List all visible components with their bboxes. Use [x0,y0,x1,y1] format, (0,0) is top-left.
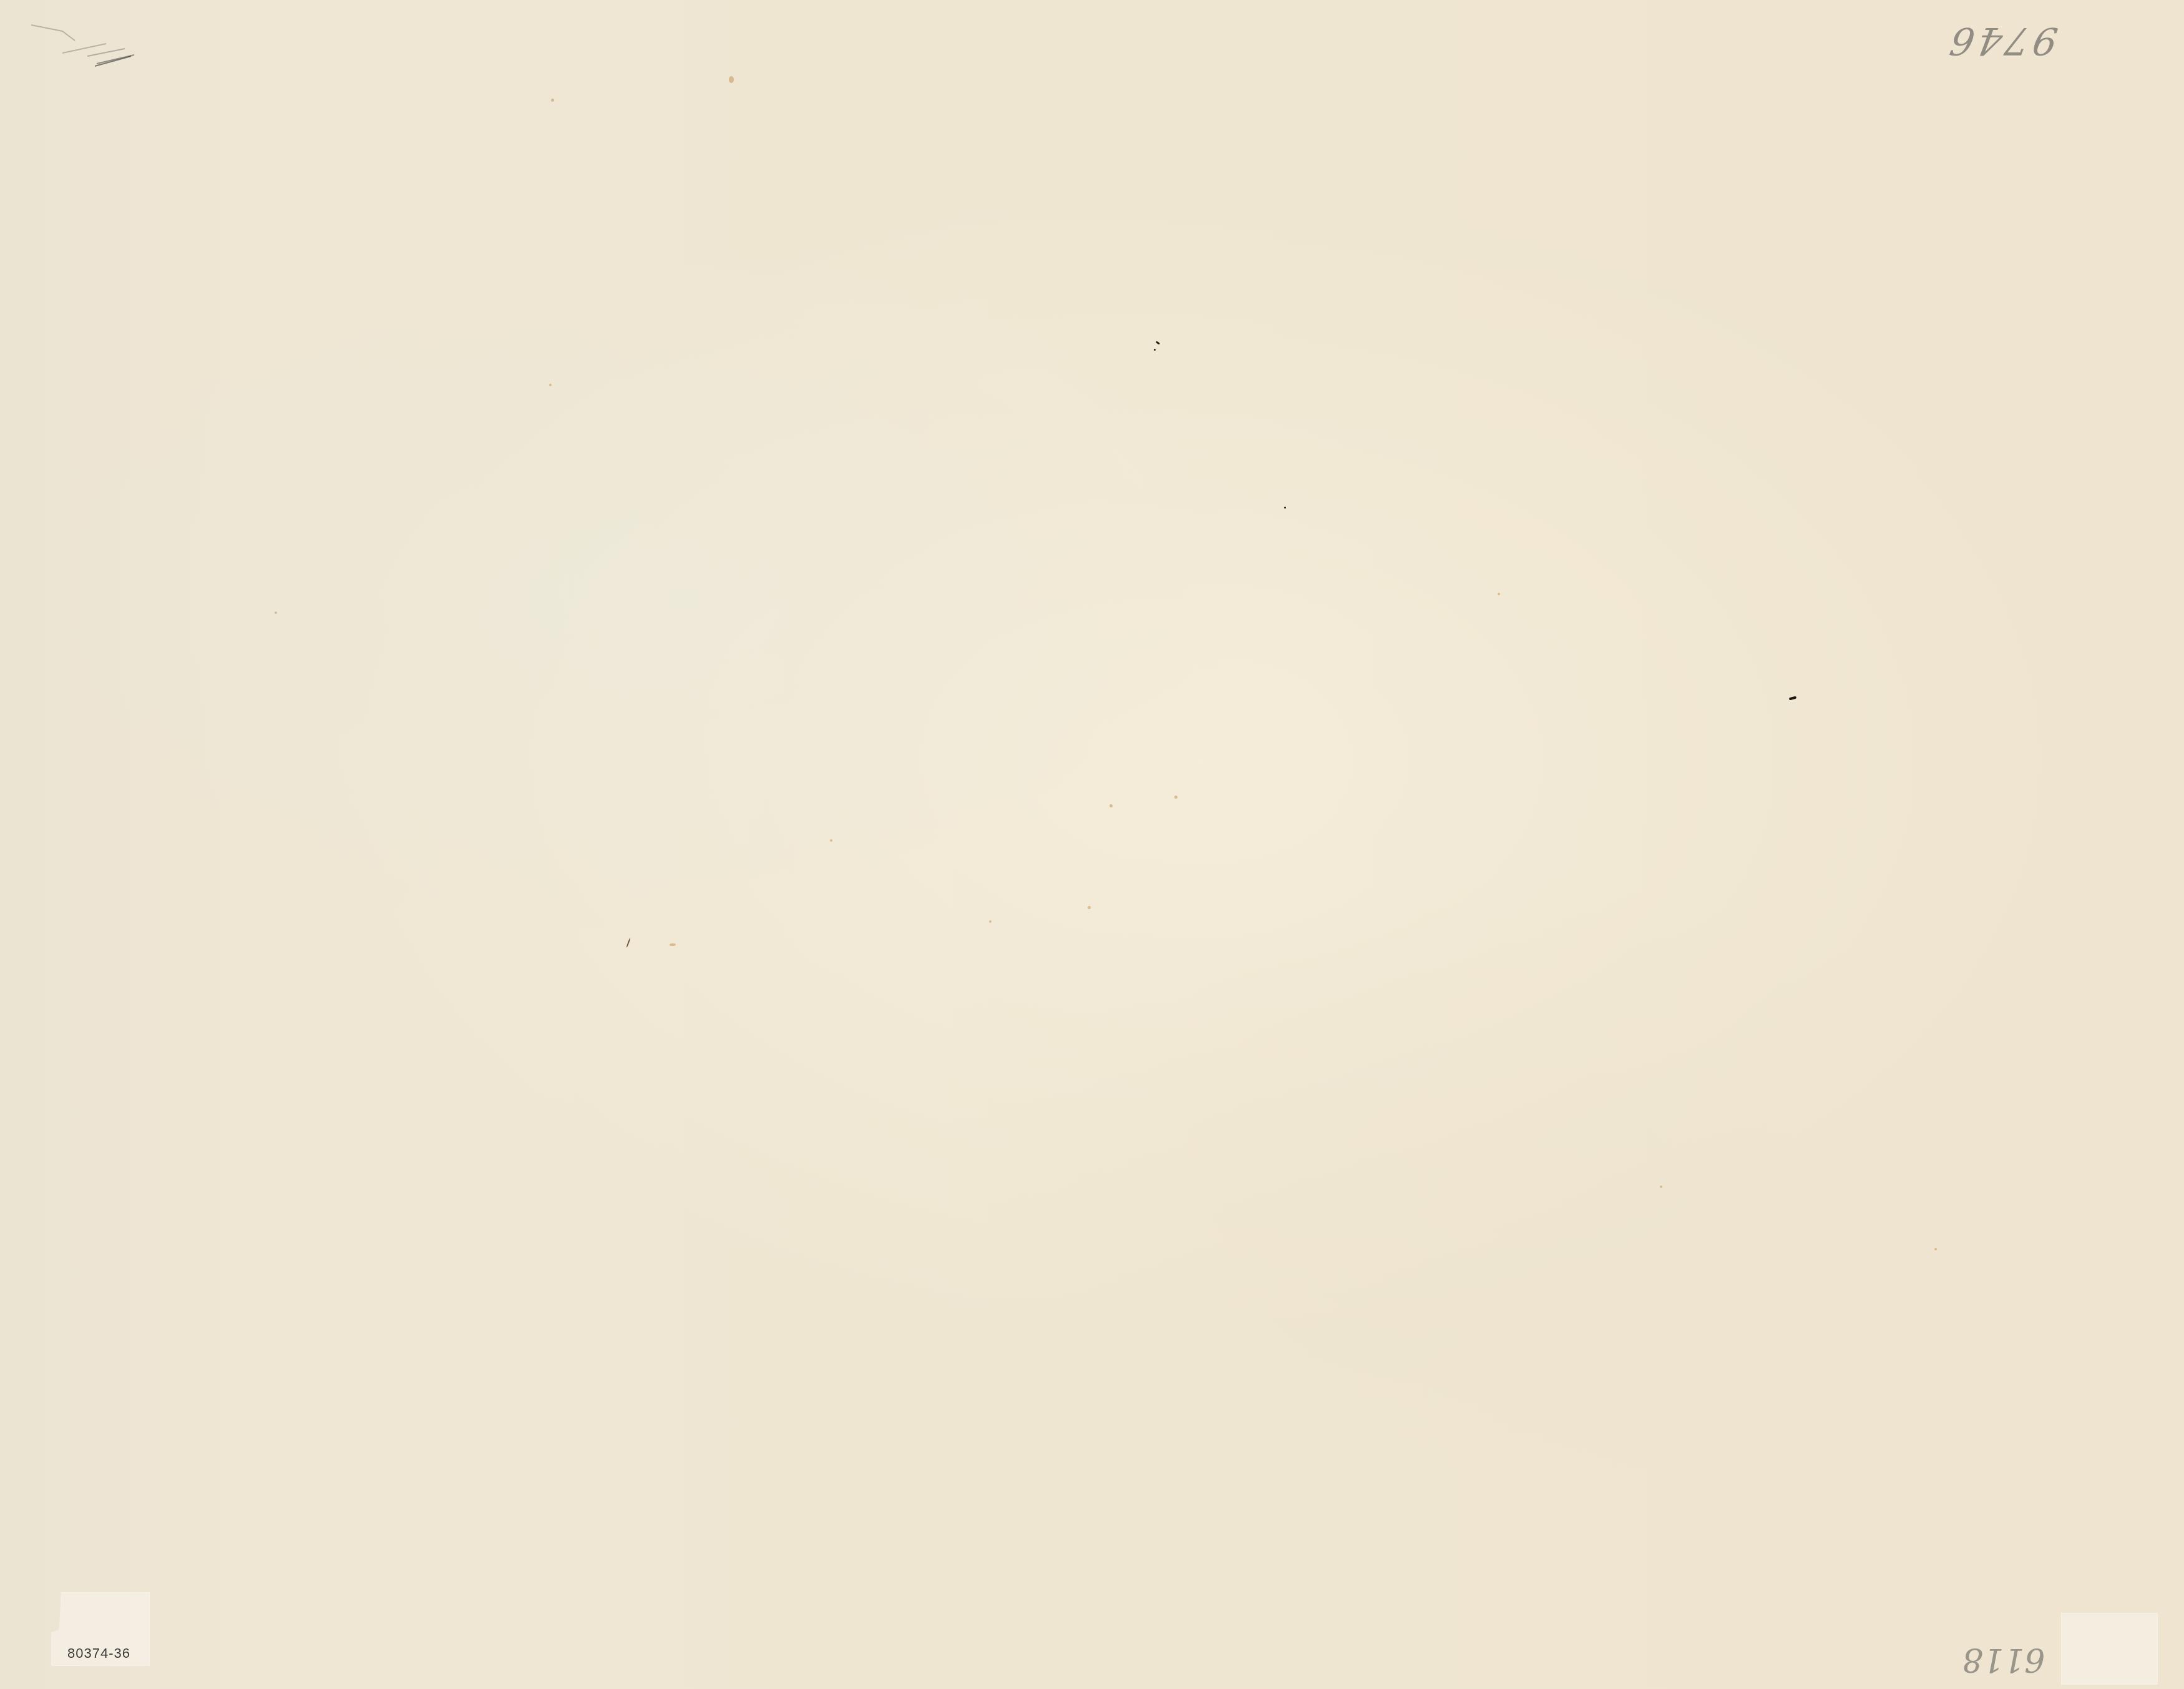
foxing-spot [1088,906,1091,909]
pencil-scribble-mark [25,19,144,69]
foxing-spot [989,920,992,923]
foxing-spot [1660,1185,1662,1188]
foxing-spot [670,943,676,946]
tape-patch [2061,1613,2158,1685]
paper-tone-variation [0,0,2184,1689]
foxing-spot [1498,593,1500,595]
debris-speck [1284,507,1286,509]
foxing-spot [1109,804,1113,807]
foxing-spot [551,99,554,102]
foxing-spot [1174,796,1177,799]
foxing-spot [275,611,277,614]
pencil-inventory-number: 9746 [1943,19,2061,62]
foxing-spot [549,384,552,386]
foxing-spot [729,76,734,83]
foxing-spot [830,839,832,842]
debris-speck [1154,349,1156,351]
pencil-mark: 6118 [1962,1641,2045,1678]
foxing-spot [1934,1248,1937,1250]
inventory-label: 80374-36 [67,1645,130,1662]
